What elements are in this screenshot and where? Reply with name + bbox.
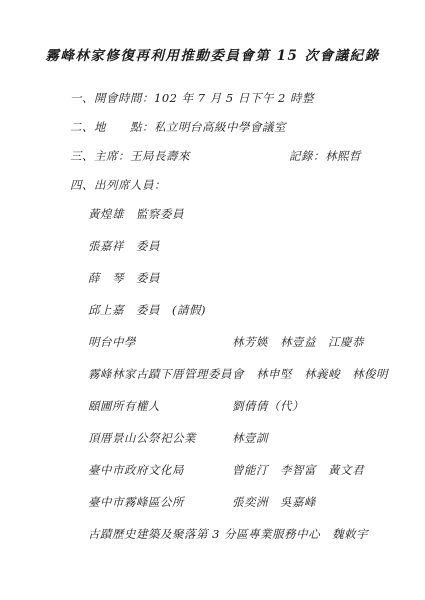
attendee-names: 林芳媖 林壹益 江慶恭 [232,334,364,351]
line-spacer [166,177,425,194]
meeting-info-line: 一、開會時間：102 年 7 月 5 日下午 2 時整 [70,90,425,107]
meeting-info-text: 一、開會時間：102 年 7 月 5 日下午 2 時整 [70,90,314,107]
attendee-row: 薛 琴 委員 [88,270,425,287]
attendee-org-or-name: 黃煌雄 [88,206,124,223]
meeting-info-list: 一、開會時間：102 年 7 月 5 日下午 2 時整 二、地 點：私立明台高級… [70,90,425,194]
line-spacer [286,119,425,136]
attendee-org-or-name: 明台中學 [88,334,220,351]
attendee-org-or-name: 臺中市政府文化局 [88,462,220,479]
attendee-org-or-name: 頤圃所有權人 [88,398,220,415]
attendee-names: 林申堅 林義峻 林俊明 [256,366,388,383]
attendee-org-or-name: 霧峰林家古蹟下厝管理委員會 [88,366,244,383]
attendee-row: 張嘉祥 委員 [88,238,425,255]
attendee-org-or-name: 臺中市霧峰區公所 [88,494,220,511]
meeting-info-line: 二、地 點：私立明台高級中學會議室 [70,119,425,136]
line-spacer [190,148,289,165]
attendee-row: 明台中學 林芳媖 林壹益 江慶恭 [88,334,425,351]
attendee-names: 劉倩倩（代） [232,398,304,415]
attendee-names: 委員 (請假) [136,302,206,319]
attendee-names: 委員 [136,238,160,255]
attendee-names: 張奕洲 吳嘉峰 [232,494,316,511]
attendee-row: 黃煌雄 監察委員 [88,206,425,223]
meeting-info-text: 二、地 點：私立明台高級中學會議室 [70,119,286,136]
attendee-row: 霧峰林家古蹟下厝管理委員會 林申堅 林義峻 林俊明 [88,366,425,383]
attendee-org-or-name: 邱上嘉 [88,302,124,319]
attendee-names: 委員 [136,270,160,287]
attendee-row: 頂厝景山公祭祀公業 林壹訓 [88,430,425,447]
meeting-minutes-page: 霧峰林家修復再利用推動委員會第 15 次會議紀錄 一、開會時間：102 年 7 … [0,0,425,600]
recorder-note: 記錄：林熙哲 [289,148,361,165]
attendee-row: 邱上嘉 委員 (請假) [88,302,425,319]
meeting-info-line: 三、主席：王局長壽來 記錄：林熙哲 [70,148,425,165]
attendee-row: 古蹟歷史建築及聚落第 3 分區專業服務中心 魏敕宇 [88,526,425,543]
line-spacer [314,90,425,107]
attendee-org-or-name: 張嘉祥 [88,238,124,255]
attendee-org-or-name: 頂厝景山公祭祀公業 [88,430,220,447]
attendee-row: 臺中市霧峰區公所 張奕洲 吳嘉峰 [88,494,425,511]
attendee-row: 臺中市政府文化局 曾能汀 李智富 黃文君 [88,462,425,479]
attendee-names: 監察委員 [136,206,184,223]
attendee-names: 曾能汀 李智富 黃文君 [232,462,364,479]
attendee-org-or-name: 薛 琴 [88,270,124,287]
meeting-info-line: 四、出列席人員： [70,177,425,194]
meeting-info-text: 三、主席：王局長壽來 [70,148,190,165]
meeting-info-text: 四、出列席人員： [70,177,166,194]
attendee-row: 頤圃所有權人 劉倩倩（代） [88,398,425,415]
attendee-names: 林壹訓 [232,430,268,447]
attendee-org-or-name: 古蹟歷史建築及聚落第 3 分區專業服務中心 [88,526,320,543]
document-title: 霧峰林家修復再利用推動委員會第 15 次會議紀錄 [20,44,405,64]
attendee-names: 魏敕宇 [332,526,368,543]
attendee-list: 黃煌雄 監察委員 張嘉祥 委員 薛 琴 委員 邱上嘉 委員 (請假) 明台中學 … [88,206,425,543]
